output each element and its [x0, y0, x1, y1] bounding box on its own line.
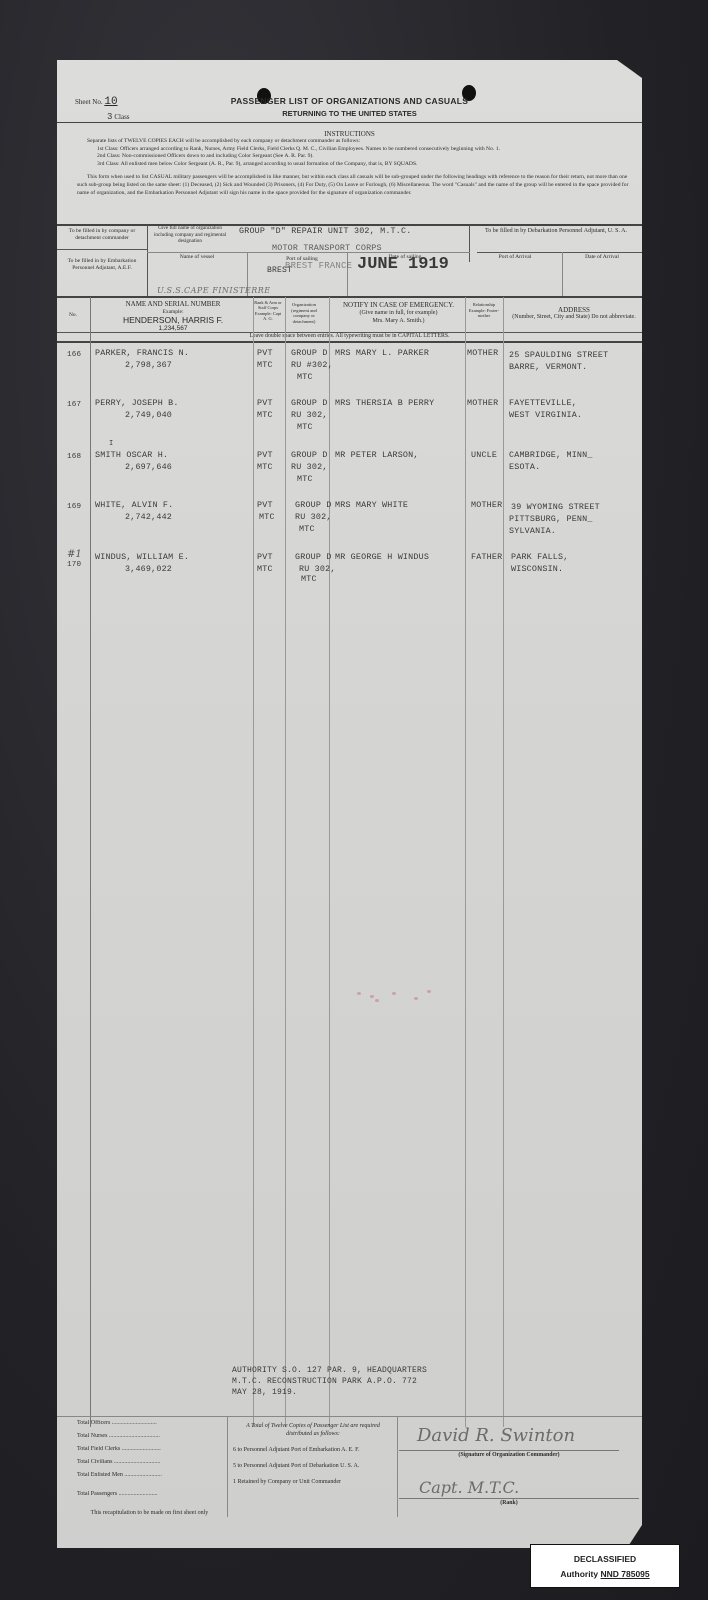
declassified-label: DECLASSIFIED [531, 1554, 679, 1564]
col-header-name-label: NAME AND SERIAL NUMBER [93, 300, 253, 308]
entry-arm: MTC [257, 360, 273, 370]
entry-rank: PVT [257, 348, 273, 358]
port-arrival-label: Port of Arrival [485, 254, 545, 261]
col-header-address: ADDRESS (Number, Street, City and State)… [509, 306, 639, 321]
authority-block: AUTHORITY S.O. 127 PAR. 9, HEADQUARTERS … [232, 1365, 427, 1398]
entry-org-line1: GROUP D [291, 348, 328, 358]
col-header-notify-label: NOTIFY IN CASE OF EMERGENCY. [331, 301, 466, 309]
entry-name: PARKER, FRANCIS N. [95, 348, 189, 358]
distribution-item-2: 5 to Personnel Adjutant Port of Debarkat… [233, 1462, 393, 1470]
total-field-clerks: Total Field Clerks .....................… [77, 1446, 222, 1459]
date-sailing-stamp: JUNE 1919 [357, 255, 449, 274]
declassified-stamp: DECLASSIFIED Authority NND 785095 [530, 1544, 680, 1588]
entry-address-line2: BARRE, VERMONT. [509, 362, 587, 372]
entry-address-line2: PITTSBURG, PENN_ [509, 514, 593, 524]
entry-notify: MRS MARY L. PARKER [335, 348, 429, 358]
col-header-name: NAME AND SERIAL NUMBER Example: HENDERSO… [93, 300, 253, 333]
form-subtitle: RETURNING TO THE UNITED STATES [57, 109, 642, 118]
entry-address-line1: CAMBRIDGE, MINN_ [509, 450, 593, 460]
entry-org-line3: MTC [297, 474, 313, 484]
entry-notify: MR PETER LARSON, [335, 450, 419, 460]
entry-relationship: MOTHER [471, 500, 502, 510]
col-header-address-label: ADDRESS [509, 306, 639, 314]
entry-rank: PVT [257, 450, 273, 460]
handwritten-vessel: U.S.S.CAPE FINISTERRE [157, 286, 271, 295]
passenger-list-form: Sheet No. 10 3 Class PASSENGER LIST OF O… [57, 60, 642, 1548]
entry-annotation: I [109, 440, 113, 448]
entry-rank: PVT [257, 398, 273, 408]
authority-code: Authority NND 785095 [531, 1569, 679, 1579]
entry-serial: 2,697,646 [125, 462, 172, 472]
entry-org-line2: RU 302, [295, 512, 332, 522]
entry-name: SMITH OSCAR H. [95, 450, 168, 460]
col-header-notify-example: Mrs. Mary A. Smith.) [331, 317, 466, 325]
col-header-org: Organization (regiment and company or de… [285, 302, 323, 324]
authority-nnd: NND 785095 [601, 1569, 650, 1579]
entry-arm: MTC [257, 462, 273, 472]
company-fill-label: To be filled in by company or detachment… [59, 228, 145, 241]
vessel-label: Name of vessel [167, 254, 227, 261]
distribution-item-3: 1 Retained by Company or Unit Commander [233, 1478, 393, 1486]
distribution-block: A Total of Twelve Copies of Passenger Li… [233, 1422, 393, 1486]
entry-no: 168 [67, 453, 81, 461]
entry-serial: 2,742,442 [125, 512, 172, 522]
total-enlisted-men: Total Enlisted Men .....................… [77, 1472, 222, 1485]
entry-arm: MTC [259, 512, 275, 522]
entry-org-line3: MTC [301, 574, 317, 584]
entry-address-line1: 39 WYOMING STREET [511, 502, 600, 512]
entry-notify: MRS THERSIA B PERRY [335, 398, 434, 408]
entry-relationship: MOTHER [467, 398, 498, 408]
entry-org-line1: GROUP D [295, 552, 332, 562]
entry-rank: PVT [257, 552, 273, 562]
col-header-rank: Rank & Arm or Staff Corps Example: Capt … [253, 300, 283, 322]
authority-prefix: Authority [560, 1569, 598, 1579]
total-nurses: Total Nurses ...........................… [77, 1433, 222, 1446]
entry-org-line2: RU 302, [291, 410, 328, 420]
entry-org-line3: MTC [297, 372, 313, 382]
entry-serial: 2,749,040 [125, 410, 172, 420]
entry-org-line2: RU #302, [291, 360, 333, 370]
instructions-p1: Separate lists of TWELVE COPIES EACH wil… [77, 138, 637, 146]
authority-line2: M.T.C. RECONSTRUCTION PARK A.P.O. 772 [232, 1376, 427, 1387]
entry-name: PERRY, JOSEPH B. [95, 398, 179, 408]
instructions-class2: 2nd Class: Non-commissioned Officers dow… [77, 153, 637, 161]
authority-line1: AUTHORITY S.O. 127 PAR. 9, HEADQUARTERS [232, 1365, 427, 1376]
col-header-name-example: HENDERSON, HARRIS F. [93, 316, 253, 325]
total-civilians: Total Civilians ........................… [77, 1459, 222, 1472]
commander-signature: David R. Swinton [417, 1425, 575, 1446]
entry-rank: PVT [257, 500, 273, 510]
entry-relationship: UNCLE [471, 450, 497, 460]
form-title: PASSENGER LIST OF ORGANIZATIONS AND CASU… [57, 96, 642, 106]
signature-label: (Signature of Organization Commander) [399, 1452, 619, 1458]
entry-no: 169 [67, 503, 81, 511]
entry-serial: 3,469,022 [125, 564, 172, 574]
port-sailing-stamp: BREST FRANCE [285, 261, 352, 271]
typewriting-note: Leave double space between entries. All … [57, 333, 642, 339]
entry-annotation: #1 [67, 549, 82, 560]
entry-org-line2: RU 302, [299, 564, 336, 574]
authority-line3: MAY 28, 1919. [232, 1387, 427, 1398]
entry-no: 170 [67, 561, 81, 569]
entry-notify: MRS MARY WHITE [335, 500, 408, 510]
instructions-block: Separate lists of TWELVE COPIES EACH wil… [77, 138, 637, 197]
entry-address-line2: WISCONSIN. [511, 564, 563, 574]
entry-org-line2: RU 302, [291, 462, 328, 472]
commander-rank: Capt. M.T.C. [419, 1478, 519, 1497]
entry-serial: 2,798,367 [125, 360, 172, 370]
instructions-title: INSTRUCTIONS [57, 130, 642, 138]
entry-address-line2: ESOTA. [509, 462, 540, 472]
distribution-title: A Total of Twelve Copies of Passenger Li… [233, 1422, 393, 1438]
distribution-item-1: 6 to Personnel Adjutant Port of Embarkat… [233, 1446, 393, 1454]
entry-org-line3: MTC [299, 524, 315, 534]
embark-fill-label: To be filled in by Embarkation Personnel… [59, 258, 145, 271]
entry-no: 166 [67, 351, 81, 359]
debark-fill-label: To be filled in by Debarkation Personnel… [472, 227, 640, 236]
entry-org-line1: GROUP D [291, 398, 328, 408]
org-name-label: Give full name of organization including… [151, 225, 229, 245]
instructions-p2: This form when used to list CASUAL milit… [77, 174, 637, 197]
recap-note: This recapitulation to be made on first … [77, 1509, 222, 1517]
total-officers: Total Officers .........................… [77, 1420, 222, 1433]
entry-org-line1: GROUP D [291, 450, 328, 460]
entry-address-line1: 25 SPAULDING STREET [509, 350, 608, 360]
total-passengers: Total Passengers .......................… [77, 1491, 222, 1504]
org-name-line1: GROUP "D" REPAIR UNIT 302, M.T.C. [239, 226, 411, 236]
col-header-notify: NOTIFY IN CASE OF EMERGENCY. (Give name … [331, 301, 466, 325]
totals-list: Total Officers .........................… [77, 1420, 222, 1517]
col-header-no: No. [57, 312, 89, 318]
instructions-class3: 3rd Class: All enlisted men below Color … [77, 161, 637, 169]
entry-org-line3: MTC [297, 422, 313, 432]
entry-relationship: MOTHER [467, 348, 498, 358]
entry-name: WINDUS, WILLIAM E. [95, 552, 189, 562]
col-header-relationship: Relationship Example: Foster-mother [467, 302, 501, 319]
col-header-notify-sub: (Give name in full, for example) [331, 309, 466, 317]
rank-label: (Rank) [399, 1500, 619, 1506]
entry-notify: MR GEORGE H WINDUS [335, 552, 429, 562]
date-arrival-label: Date of Arrival [572, 254, 632, 261]
entry-relationship: FATHER [471, 552, 502, 562]
entry-address-line3: SYLVANIA. [509, 526, 556, 536]
entry-arm: MTC [257, 564, 273, 574]
entry-address-line1: PARK FALLS, [511, 552, 568, 562]
entry-arm: MTC [257, 410, 273, 420]
entry-address-line2: WEST VIRGINIA. [509, 410, 582, 420]
col-header-address-sub: (Number, Street, City and State) Do not … [509, 314, 639, 321]
entry-name: WHITE, ALVIN F. [95, 500, 173, 510]
entry-no: 167 [67, 401, 81, 409]
entry-org-line1: GROUP D [295, 500, 332, 510]
entry-address-line1: FAYETTEVILLE, [509, 398, 577, 408]
